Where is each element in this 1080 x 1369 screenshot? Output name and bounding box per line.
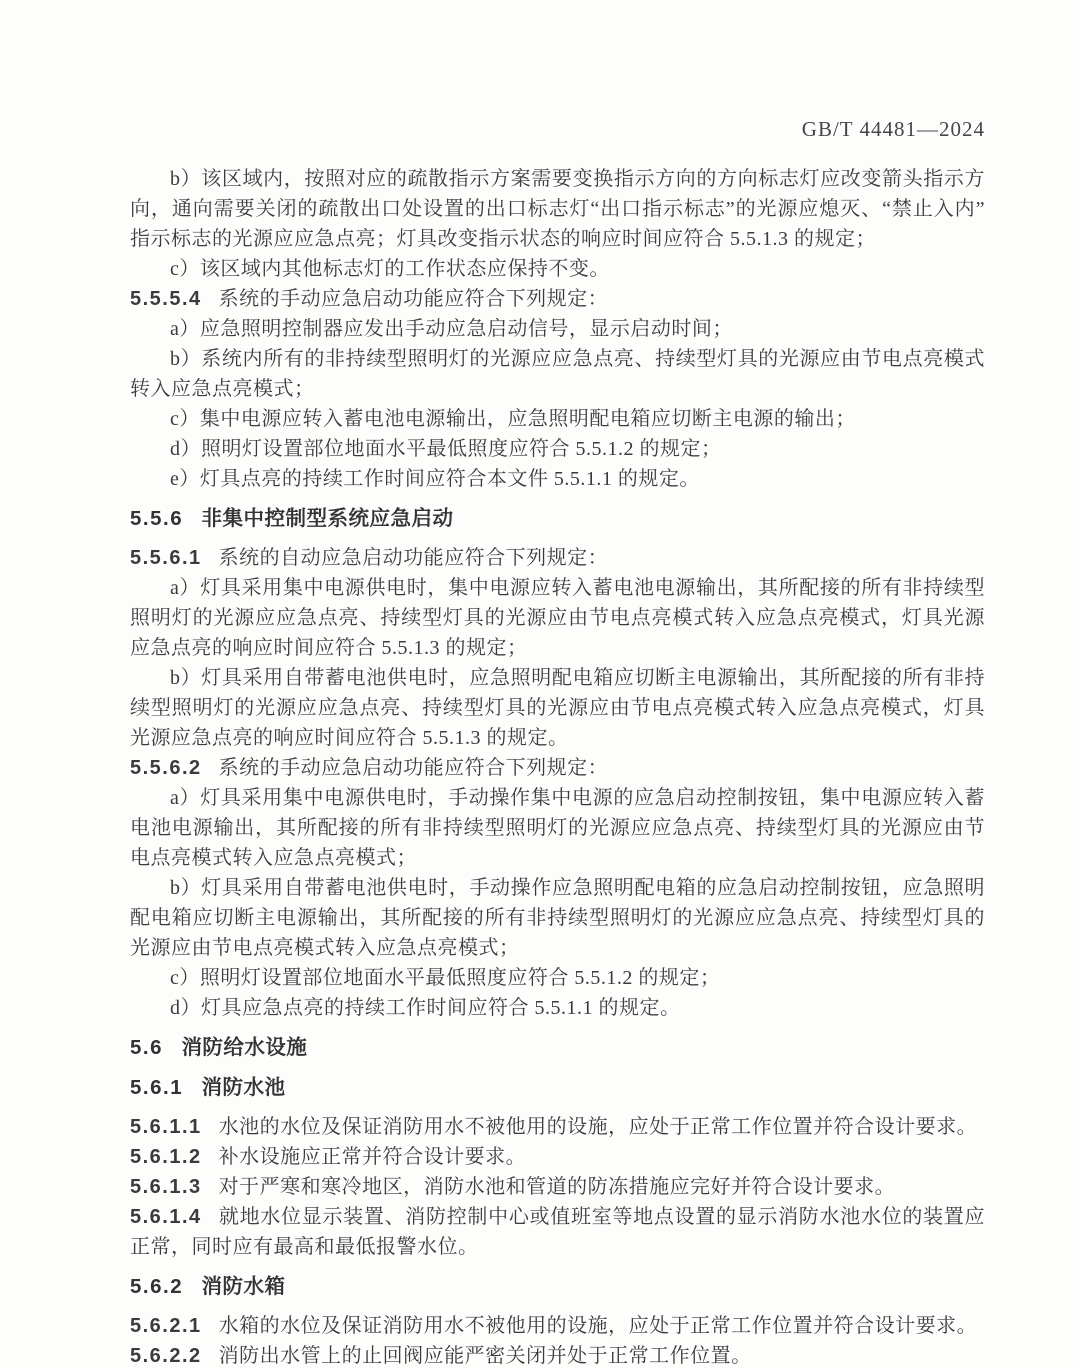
clause-number: 5.6.1.1 <box>130 1116 202 1138</box>
clause-paragraph: 5.5.6.1系统的自动应急启动功能应符合下列规定： <box>130 543 985 573</box>
clause-number: 5.5.6.1 <box>130 547 202 569</box>
section-title: 消防水池 <box>202 1076 286 1099</box>
list-item-paragraph: b）系统内所有的非持续型照明灯的光源应应急点亮、持续型灯具的光源应由节电点亮模式… <box>130 344 985 404</box>
standard-number: GB/T 44481—2024 <box>802 117 985 141</box>
clause-paragraph: 5.5.5.4系统的手动应急启动功能应符合下列规定： <box>130 284 985 314</box>
section-heading: 5.6.1消防水池 <box>130 1073 985 1103</box>
section-heading: 5.6消防给水设施 <box>130 1033 985 1063</box>
section-heading: 5.5.6非集中控制型系统应急启动 <box>130 504 985 534</box>
list-item-paragraph: d）照明灯设置部位地面水平最低照度应符合 5.5.1.2 的规定； <box>130 434 985 464</box>
clause-paragraph: 5.5.6.2系统的手动应急启动功能应符合下列规定： <box>130 753 985 783</box>
clause-text: 系统的自动应急启动功能应符合下列规定： <box>219 547 609 569</box>
clause-paragraph: 5.6.1.4就地水位显示装置、消防控制中心或值班室等地点设置的显示消防水池水位… <box>130 1202 985 1262</box>
list-item-paragraph: b）该区域内，按照对应的疏散指示方案需要变换指示方向的方向标志灯应改变箭头指示方… <box>130 164 985 254</box>
page-header: GB/T 44481—2024 <box>130 116 985 142</box>
clause-number: 5.5.6.2 <box>130 757 202 779</box>
section-title: 消防给水设施 <box>181 1036 307 1059</box>
clause-paragraph: 5.6.2.2消防出水管上的止回阀应能严密关闭并处于正常工作位置。 <box>130 1341 985 1369</box>
section-heading: 5.6.2消防水箱 <box>130 1272 985 1302</box>
list-item-paragraph: a）应急照明控制器应发出手动应急启动信号，显示启动时间； <box>130 314 985 344</box>
clause-number: 5.6.1.4 <box>130 1206 202 1228</box>
clause-number: 5.6.2.1 <box>130 1315 202 1337</box>
list-item-paragraph: e）灯具点亮的持续工作时间应符合本文件 5.5.1.1 的规定。 <box>130 464 985 494</box>
document-content: b）该区域内，按照对应的疏散指示方案需要变换指示方向的方向标志灯应改变箭头指示方… <box>130 164 985 1369</box>
clause-paragraph: 5.6.2.1水箱的水位及保证消防用水不被他用的设施，应处于正常工作位置并符合设… <box>130 1311 985 1341</box>
list-item-paragraph: b）灯具采用自带蓄电池供电时，应急照明配电箱应切断主电源输出，其所配接的所有非持… <box>130 663 985 753</box>
clause-paragraph: 5.6.1.3对于严寒和寒冷地区，消防水池和管道的防冻措施应完好并符合设计要求。 <box>130 1172 985 1202</box>
list-item-paragraph: a）灯具采用集中电源供电时，集中电源应转入蓄电池电源输出，其所配接的所有非持续型… <box>130 573 985 663</box>
list-item-paragraph: b）灯具采用自带蓄电池供电时，手动操作应急照明配电箱的应急启动控制按钮，应急照明… <box>130 873 985 963</box>
clause-text: 补水设施应正常并符合设计要求。 <box>219 1146 527 1168</box>
section-title: 非集中控制型系统应急启动 <box>202 507 454 530</box>
clause-text: 系统的手动应急启动功能应符合下列规定： <box>219 288 609 310</box>
list-item-paragraph: a）灯具采用集中电源供电时，手动操作集中电源的应急启动控制按钮，集中电源应转入蓄… <box>130 783 985 873</box>
list-item-paragraph: c）照明灯设置部位地面水平最低照度应符合 5.5.1.2 的规定； <box>130 963 985 993</box>
clause-number: 5.5.6 <box>130 507 183 530</box>
clause-text: 对于严寒和寒冷地区，消防水池和管道的防冻措施应完好并符合设计要求。 <box>219 1176 896 1198</box>
list-item-paragraph: c）集中电源应转入蓄电池电源输出，应急照明配电箱应切断主电源的输出； <box>130 404 985 434</box>
clause-text: 系统的手动应急启动功能应符合下列规定： <box>219 757 609 779</box>
section-title: 消防水箱 <box>202 1275 286 1298</box>
clause-number: 5.6 <box>130 1036 163 1059</box>
clause-number: 5.6.2 <box>130 1275 183 1298</box>
clause-paragraph: 5.6.1.1水池的水位及保证消防用水不被他用的设施，应处于正常工作位置并符合设… <box>130 1112 985 1142</box>
clause-text: 水箱的水位及保证消防用水不被他用的设施，应处于正常工作位置并符合设计要求。 <box>219 1315 978 1337</box>
clause-number: 5.6.1.2 <box>130 1146 202 1168</box>
clause-paragraph: 5.6.1.2补水设施应正常并符合设计要求。 <box>130 1142 985 1172</box>
clause-text: 消防出水管上的止回阀应能严密关闭并处于正常工作位置。 <box>219 1345 752 1367</box>
clause-number: 5.6.2.2 <box>130 1345 202 1367</box>
list-item-paragraph: c）该区域内其他标志灯的工作状态应保持不变。 <box>130 254 985 284</box>
clause-number: 5.5.5.4 <box>130 288 202 310</box>
list-item-paragraph: d）灯具应急点亮的持续工作时间应符合 5.5.1.1 的规定。 <box>130 993 985 1023</box>
clause-number: 5.6.1 <box>130 1076 183 1099</box>
clause-text: 水池的水位及保证消防用水不被他用的设施，应处于正常工作位置并符合设计要求。 <box>219 1116 978 1138</box>
clause-text: 就地水位显示装置、消防控制中心或值班室等地点设置的显示消防水池水位的装置应正常，… <box>130 1206 985 1258</box>
clause-number: 5.6.1.3 <box>130 1176 202 1198</box>
document-page: GB/T 44481—2024 b）该区域内，按照对应的疏散指示方案需要变换指示… <box>0 0 1080 1369</box>
